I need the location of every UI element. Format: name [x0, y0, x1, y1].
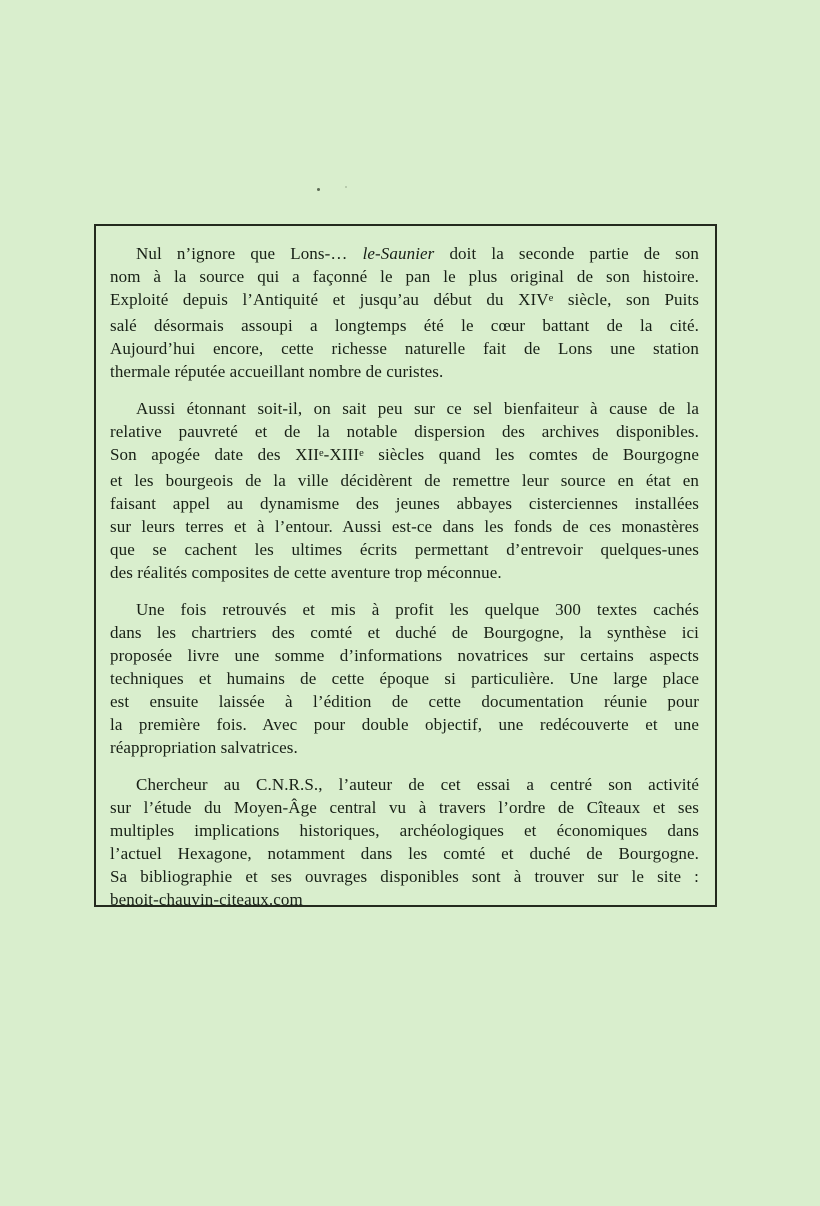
text-segment: Nul n’ignore que Lons-…: [136, 244, 363, 263]
text-segment: Aussi étonnant soit-il, on sait peu sur …: [136, 399, 699, 418]
text-segment: et les bourgeois de la ville décidèrent …: [110, 471, 699, 490]
text-segment: Exploité depuis l’Antiquité et jusqu’au …: [110, 290, 549, 309]
text-segment: que se cachent les ultimes écrits permet…: [110, 540, 699, 559]
paragraph: Aussi étonnant soit-il, on sait peu sur …: [110, 397, 699, 584]
text-segment: l’actuel Hexagone, notamment dans les co…: [110, 844, 699, 863]
text-segment: siècles quand les comtes de Bourgogne: [364, 445, 699, 464]
paragraph: Nul n’ignore que Lons-… le-Saunier doit …: [110, 242, 699, 383]
text-line: multiples implications historiques, arch…: [110, 819, 699, 842]
text-segment: est ensuite laissée à l’édition de cette…: [110, 692, 699, 711]
text-line: est ensuite laissée à l’édition de cette…: [110, 690, 699, 713]
text-segment: proposée livre une somme d’informations …: [110, 646, 699, 665]
text-segment: réappropriation salvatrices.: [110, 738, 298, 757]
text-line: faisant appel au dynamisme des jeunes ab…: [110, 492, 699, 515]
text-line: sur l’étude du Moyen-Âge central vu à tr…: [110, 796, 699, 819]
text-line: que se cachent les ultimes écrits permet…: [110, 538, 699, 561]
text-line: Aujourd’hui encore, cette richesse natur…: [110, 337, 699, 360]
text-segment: -XIII: [324, 445, 359, 464]
text-segment: Sa bibliographie et ses ouvrages disponi…: [110, 867, 699, 886]
text-segment: Une fois retrouvés et mis à profit les q…: [136, 600, 699, 619]
text-segment: sur leurs terres et à l’entour. Aussi es…: [110, 517, 699, 536]
text-line: la première fois. Avec pour double objec…: [110, 713, 699, 736]
text-line: des réalités composites de cette aventur…: [110, 561, 699, 584]
text-segment: nom à la source qui a façonné le pan le …: [110, 267, 699, 286]
text-line: relative pauvreté et de la notable dispe…: [110, 420, 699, 443]
text-segment: la première fois. Avec pour double objec…: [110, 715, 699, 734]
text-line: Sa bibliographie et ses ouvrages disponi…: [110, 865, 699, 888]
text-segment: salé désormais assoupi a longtemps été l…: [110, 316, 699, 335]
text-segment: doit la seconde partie de son: [434, 244, 699, 263]
text-line: et les bourgeois de la ville décidèrent …: [110, 469, 699, 492]
scan-speck: [345, 186, 347, 188]
text-segment: Chercheur au C.N.R.S., l’auteur de cet e…: [136, 775, 699, 794]
text-line: techniques et humains de cette époque si…: [110, 667, 699, 690]
text-line: Chercheur au C.N.R.S., l’auteur de cet e…: [110, 773, 699, 796]
text-segment: benoit-chauvin-citeaux.com: [110, 890, 303, 909]
text-segment: des réalités composites de cette aventur…: [110, 563, 502, 582]
text-line: benoit-chauvin-citeaux.com: [110, 888, 699, 911]
text-segment: dans les chartriers des comté et duché d…: [110, 623, 699, 642]
text-segment: multiples implications historiques, arch…: [110, 821, 699, 840]
text-line: proposée livre une somme d’informations …: [110, 644, 699, 667]
text-line: nom à la source qui a façonné le pan le …: [110, 265, 699, 288]
blurb-border-box: Nul n’ignore que Lons-… le-Saunier doit …: [94, 224, 717, 907]
text-segment: thermale réputée accueillant nombre de c…: [110, 362, 443, 381]
superscript-text: e: [359, 448, 364, 459]
blurb-paragraphs: Nul n’ignore que Lons-… le-Saunier doit …: [110, 242, 699, 911]
paragraph: Une fois retrouvés et mis à profit les q…: [110, 598, 699, 759]
superscript-text: e: [319, 448, 324, 459]
text-segment: sur l’étude du Moyen-Âge central vu à tr…: [110, 798, 699, 817]
text-line: réappropriation salvatrices.: [110, 736, 699, 759]
text-segment: Aujourd’hui encore, cette richesse natur…: [110, 339, 699, 358]
scan-speck: [317, 188, 320, 191]
text-segment: faisant appel au dynamisme des jeunes ab…: [110, 494, 699, 513]
text-segment: siècle, son Puits: [553, 290, 699, 309]
text-segment: techniques et humains de cette époque si…: [110, 669, 699, 688]
text-line: l’actuel Hexagone, notamment dans les co…: [110, 842, 699, 865]
text-segment: Son apogée date des XII: [110, 445, 319, 464]
book-back-cover: Nul n’ignore que Lons-… le-Saunier doit …: [0, 0, 820, 1206]
text-line: salé désormais assoupi a longtemps été l…: [110, 314, 699, 337]
text-line: Aussi étonnant soit-il, on sait peu sur …: [110, 397, 699, 420]
text-line: Exploité depuis l’Antiquité et jusqu’au …: [110, 288, 699, 314]
text-line: sur leurs terres et à l’entour. Aussi es…: [110, 515, 699, 538]
text-line: thermale réputée accueillant nombre de c…: [110, 360, 699, 383]
superscript-text: e: [549, 293, 554, 304]
text-line: Une fois retrouvés et mis à profit les q…: [110, 598, 699, 621]
italic-text: le-Saunier: [363, 244, 435, 263]
text-line: Son apogée date des XIIe-XIIIe siècles q…: [110, 443, 699, 469]
paragraph: Chercheur au C.N.R.S., l’auteur de cet e…: [110, 773, 699, 911]
text-line: dans les chartriers des comté et duché d…: [110, 621, 699, 644]
text-segment: relative pauvreté et de la notable dispe…: [110, 422, 699, 441]
text-line: Nul n’ignore que Lons-… le-Saunier doit …: [110, 242, 699, 265]
